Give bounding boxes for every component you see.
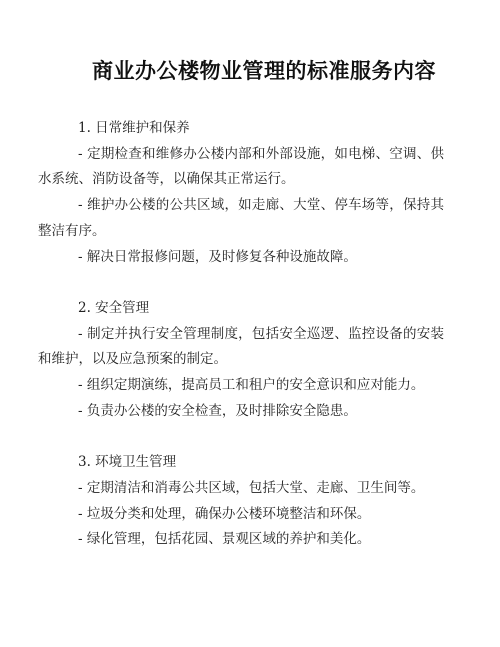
list-item: - 制定并执行安全管理制度，包括安全巡逻、监控设备的安装和维护，以及应急预案的制…: [38, 322, 444, 373]
list-item: - 绿化管理，包括花园、景观区域的养护和美化。: [38, 527, 444, 553]
list-item: - 定期检查和维修办公楼内部和外部设施，如电梯、空调、供水系统、消防设备等，以确…: [38, 142, 444, 193]
list-item: - 解决日常报修问题，及时修复各种设施故障。: [38, 245, 444, 271]
section-heading: 3. 环境卫生管理: [38, 450, 444, 476]
list-item: - 维护办公楼的公共区域，如走廊、大堂、停车场等，保持其整洁有序。: [38, 193, 444, 244]
list-item: - 负责办公楼的安全检查，及时排除安全隐患。: [38, 399, 444, 425]
list-item: - 组织定期演练，提高员工和租户的安全意识和应对能力。: [38, 373, 444, 399]
document-body: 1. 日常维护和保养 - 定期检查和维修办公楼内部和外部设施，如电梯、空调、供水…: [0, 116, 500, 553]
document-page: 商业办公楼物业管理的标准服务内容 1. 日常维护和保养 - 定期检查和维修办公楼…: [0, 0, 500, 647]
section-daily-maintenance: 1. 日常维护和保养 - 定期检查和维修办公楼内部和外部设施，如电梯、空调、供水…: [38, 116, 444, 270]
section-security-management: 2. 安全管理 - 制定并执行安全管理制度，包括安全巡逻、监控设备的安装和维护，…: [38, 296, 444, 425]
section-heading: 1. 日常维护和保养: [38, 116, 444, 142]
document-title: 商业办公楼物业管理的标准服务内容: [0, 0, 500, 86]
section-heading: 2. 安全管理: [38, 296, 444, 322]
list-item: - 定期清洁和消毒公共区域，包括大堂、走廊、卫生间等。: [38, 476, 444, 502]
list-item: - 垃圾分类和处理，确保办公楼环境整洁和环保。: [38, 502, 444, 528]
section-environment-sanitation: 3. 环境卫生管理 - 定期清洁和消毒公共区域，包括大堂、走廊、卫生间等。 - …: [38, 450, 444, 553]
